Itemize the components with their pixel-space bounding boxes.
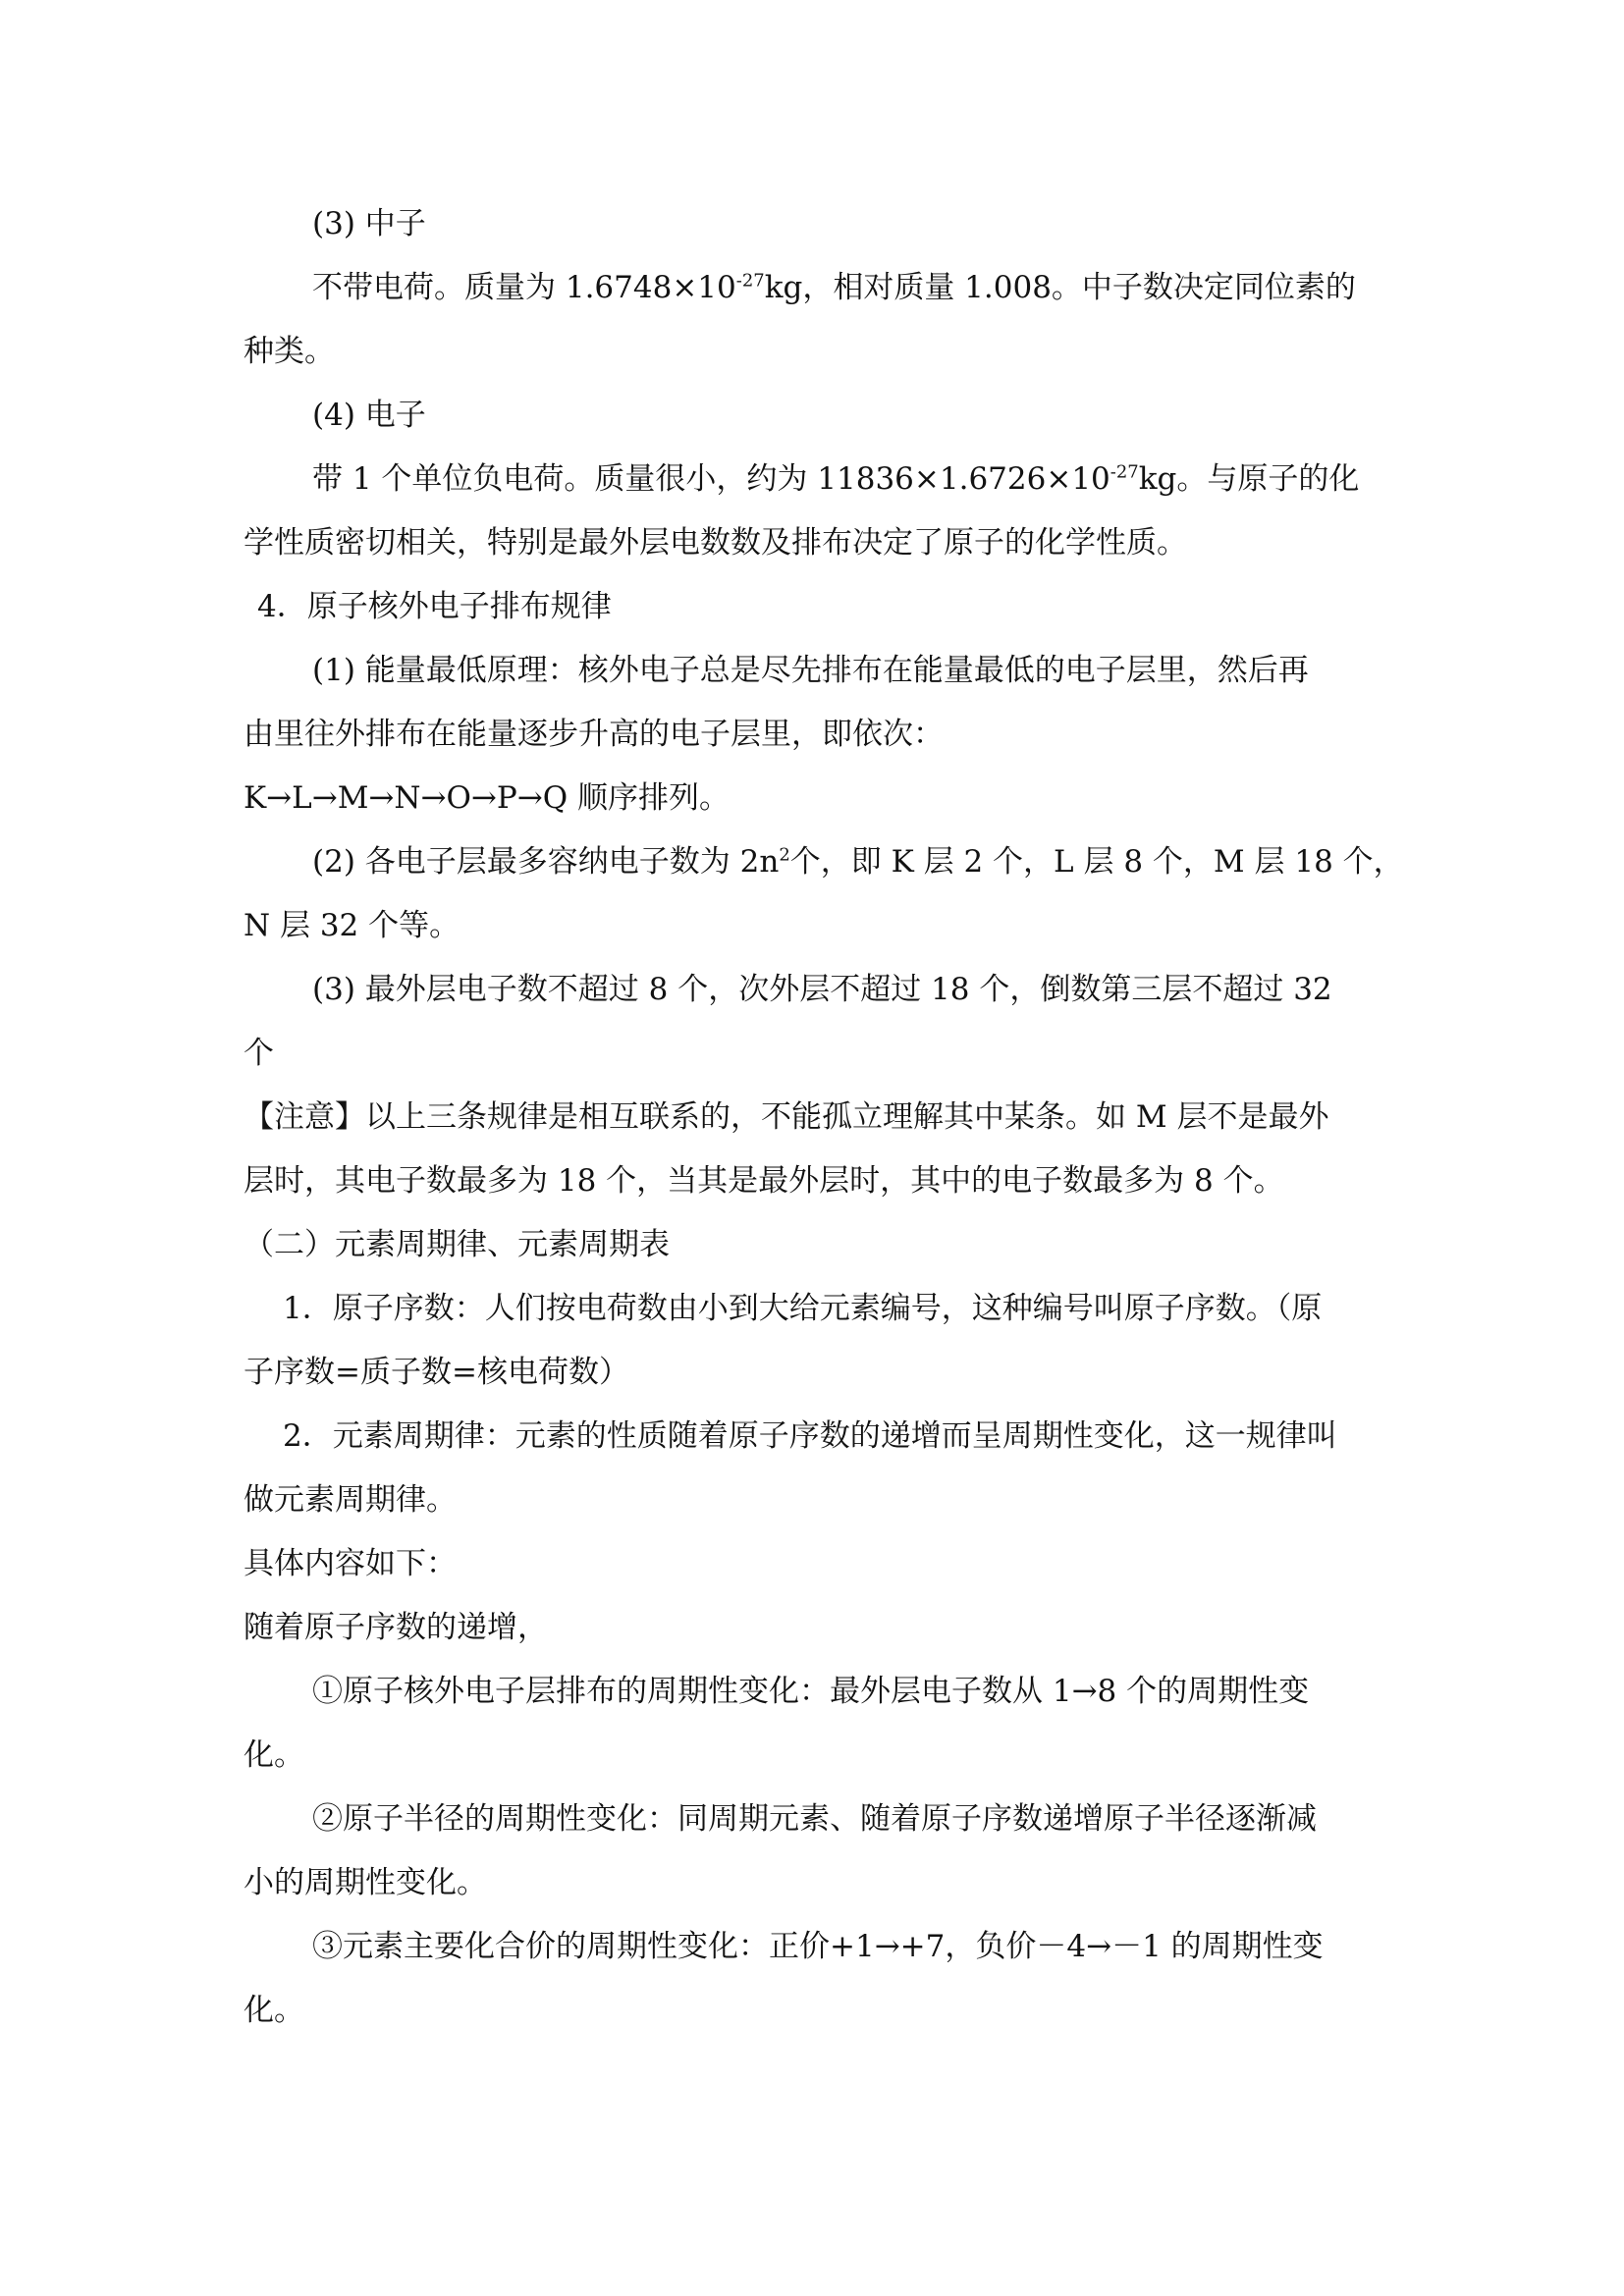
text-line: ①原子核外电子层排布的周期性变化：最外层电子数从 1→8 个的周期性变	[244, 1660, 1471, 1724]
text-line: 学性质密切相关，特别是最外层电数数及排布决定了原子的化学性质。	[244, 511, 1471, 575]
text-segment: 层时，其电子数最多为 18 个，当其是最外层时，其中的电子数最多为 8 个。	[244, 1163, 1284, 1199]
text-line: 化。	[244, 1724, 1471, 1788]
text-segment: 【注意】以上三条规律是相互联系的，不能孤立理解其中某条。如 M 层不是最外	[244, 1099, 1328, 1135]
text-segment: ③元素主要化合价的周期性变化：正价+1→+7，负价－4→－1 的周期性变	[312, 1929, 1324, 1964]
text-segment: (4) 电子	[312, 398, 426, 433]
superscript-text: -27	[736, 271, 765, 292]
text-line: 个	[244, 1022, 1471, 1086]
text-line: 2．元素周期律：元素的性质随着原子序数的递增而呈周期性变化，这一规律叫	[244, 1405, 1471, 1468]
text-line: 做元素周期律。	[244, 1468, 1471, 1532]
text-segment: 4．原子核外电子排布规律	[257, 589, 612, 624]
text-line: (4) 电子	[244, 384, 1471, 448]
superscript-text: 2	[779, 845, 789, 866]
superscript-text: -27	[1110, 462, 1139, 483]
text-segment: （二）元素周期律、元素周期表	[244, 1227, 670, 1262]
text-segment: (2) 各电子层最多容纳电子数为 2n	[312, 844, 779, 880]
text-line: K→L→M→N→O→P→Q 顺序排列。	[244, 767, 1471, 830]
text-line: 小的周期性变化。	[244, 1851, 1471, 1915]
text-segment: (1) 能量最低原理：核外电子总是尽先排布在能量最低的电子层里，然后再	[312, 653, 1309, 688]
text-segment: ②原子半径的周期性变化：同周期元素、随着原子序数递增原子半径逐渐减	[312, 1801, 1317, 1837]
text-segment: 带 1 个单位负电荷。质量很小，约为 11836×1.6726×10	[312, 461, 1110, 497]
text-segment: 1．原子序数：人们按电荷数由小到大给元素编号，这种编号叫原子序数。（原	[283, 1291, 1322, 1326]
text-line: 具体内容如下：	[244, 1532, 1471, 1596]
text-segment: 2．元素周期律：元素的性质随着原子序数的递增而呈周期性变化，这一规律叫	[283, 1418, 1337, 1454]
text-line: 化。	[244, 1979, 1471, 2043]
text-line: (3) 中子	[244, 192, 1471, 256]
text-line: 种类。	[244, 320, 1471, 384]
text-line: (1) 能量最低原理：核外电子总是尽先排布在能量最低的电子层里，然后再	[244, 639, 1471, 703]
text-segment: kg。与原子的化	[1139, 461, 1360, 497]
text-line: 4．原子核外电子排布规律	[244, 575, 1471, 639]
text-segment: 做元素周期律。	[244, 1482, 457, 1518]
text-segment: 化。	[244, 1737, 304, 1773]
text-segment: ①原子核外电子层排布的周期性变化：最外层电子数从 1→8 个的周期性变	[312, 1674, 1309, 1709]
text-line: (2) 各电子层最多容纳电子数为 2n2个，即 K 层 2 个，L 层 8 个，…	[244, 830, 1471, 894]
text-segment: (3) 最外层电子数不超过 8 个，次外层不超过 18 个，倒数第三层不超过 3…	[312, 972, 1332, 1007]
text-line: 【注意】以上三条规律是相互联系的，不能孤立理解其中某条。如 M 层不是最外	[244, 1086, 1471, 1149]
document-page: (3) 中子不带电荷。质量为 1.6748×10-27kg，相对质量 1.008…	[0, 0, 1624, 2296]
text-line: N 层 32 个等。	[244, 894, 1471, 958]
text-segment: 种类。	[244, 334, 335, 369]
text-line: 子序数=质子数=核电荷数）	[244, 1341, 1471, 1405]
document-body: (3) 中子不带电荷。质量为 1.6748×10-27kg，相对质量 1.008…	[244, 192, 1471, 2043]
text-segment: 小的周期性变化。	[244, 1865, 487, 1900]
text-line: ③元素主要化合价的周期性变化：正价+1→+7，负价－4→－1 的周期性变	[244, 1915, 1471, 1979]
text-line: 1．原子序数：人们按电荷数由小到大给元素编号，这种编号叫原子序数。（原	[244, 1277, 1471, 1341]
text-line: （二）元素周期律、元素周期表	[244, 1213, 1471, 1277]
text-segment: 由里往外排布在能量逐步升高的电子层里，即依次：	[244, 717, 944, 752]
text-segment: 个	[244, 1036, 274, 1071]
text-line: 由里往外排布在能量逐步升高的电子层里，即依次：	[244, 703, 1471, 767]
text-line: ②原子半径的周期性变化：同周期元素、随着原子序数递增原子半径逐渐减	[244, 1788, 1471, 1851]
text-segment: 化。	[244, 1993, 304, 2028]
text-segment: 随着原子序数的递增，	[244, 1610, 548, 1645]
text-line: 层时，其电子数最多为 18 个，当其是最外层时，其中的电子数最多为 8 个。	[244, 1149, 1471, 1213]
text-segment: 个，即 K 层 2 个，L 层 8 个，M 层 18 个，	[790, 844, 1404, 880]
text-segment: K→L→M→N→O→P→Q 顺序排列。	[244, 780, 730, 816]
text-segment: (3) 中子	[312, 206, 426, 241]
text-line: 不带电荷。质量为 1.6748×10-27kg，相对质量 1.008。中子数决定…	[244, 256, 1471, 320]
text-segment: 不带电荷。质量为 1.6748×10	[312, 270, 736, 305]
text-segment: 具体内容如下：	[244, 1546, 457, 1581]
text-line: 带 1 个单位负电荷。质量很小，约为 11836×1.6726×10-27kg。…	[244, 448, 1471, 511]
text-line: (3) 最外层电子数不超过 8 个，次外层不超过 18 个，倒数第三层不超过 3…	[244, 958, 1471, 1022]
text-segment: kg，相对质量 1.008。中子数决定同位素的	[765, 270, 1356, 305]
text-segment: 学性质密切相关，特别是最外层电数数及排布决定了原子的化学性质。	[244, 525, 1187, 561]
text-line: 随着原子序数的递增，	[244, 1596, 1471, 1660]
text-segment: 子序数=质子数=核电荷数）	[244, 1355, 629, 1390]
text-segment: N 层 32 个等。	[244, 908, 460, 943]
